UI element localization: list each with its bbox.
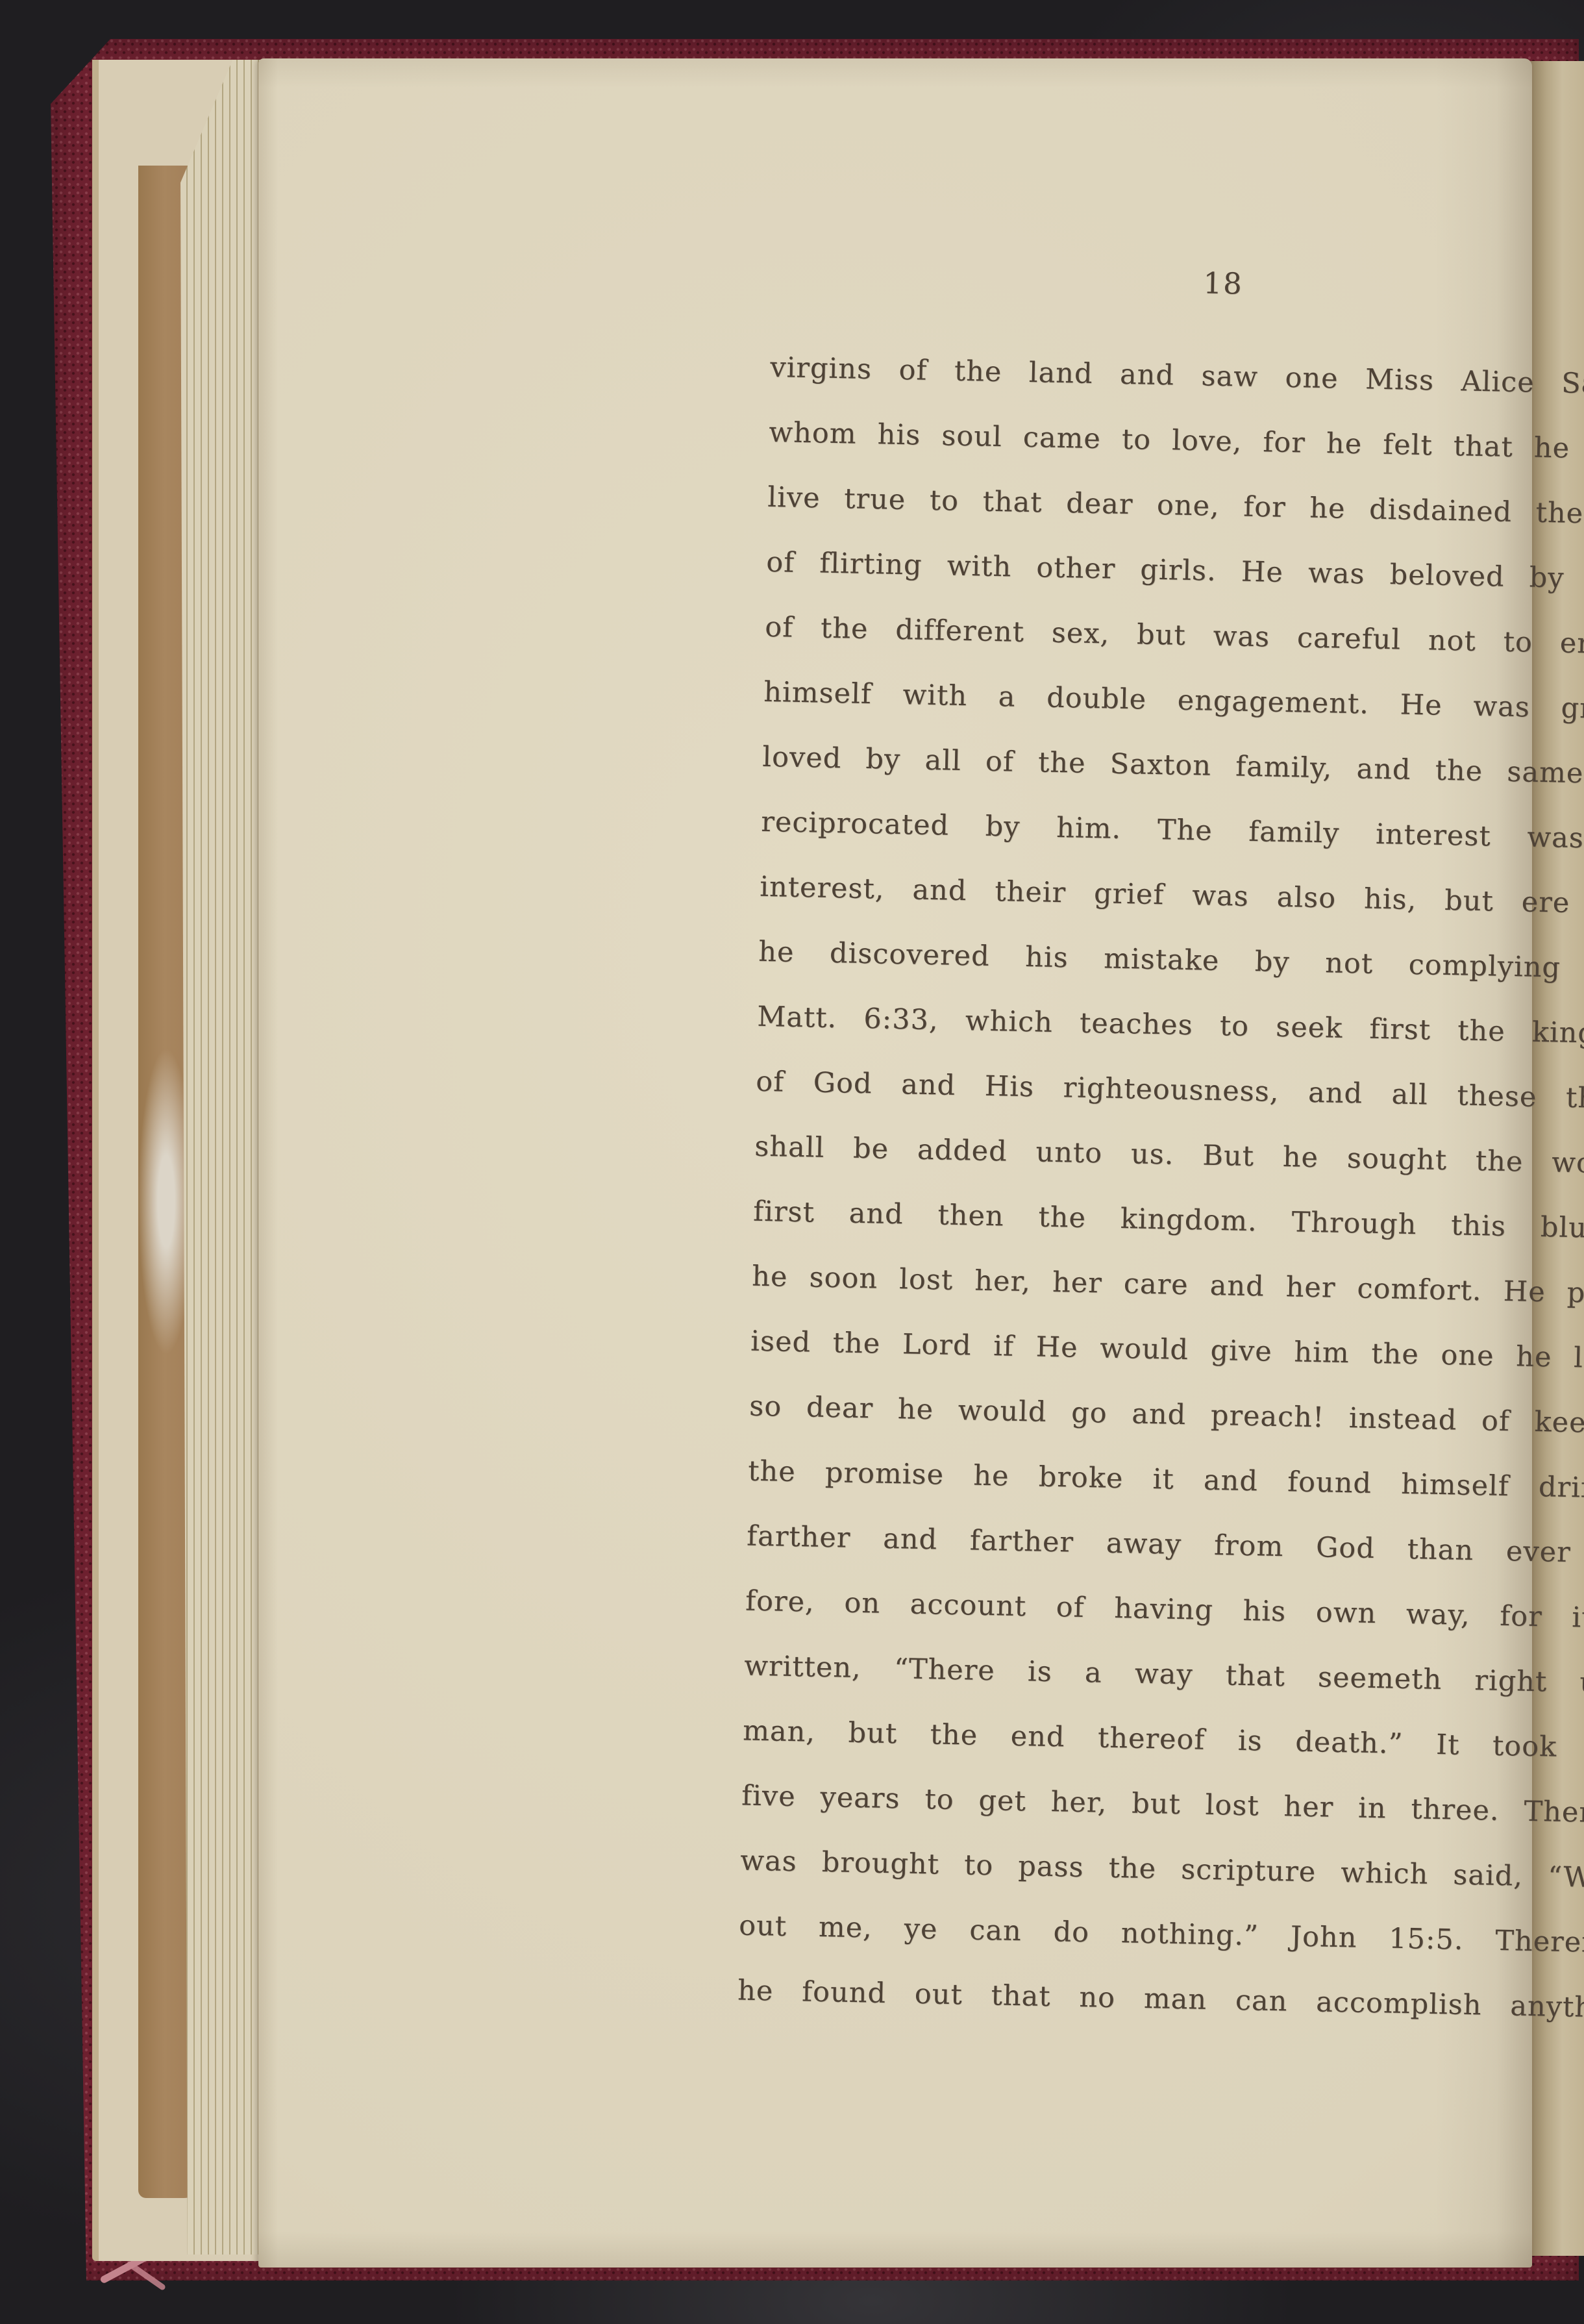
book-page: 18 virgins of the land and saw one Miss … bbox=[258, 58, 1532, 2268]
page-number: 18 bbox=[772, 252, 1584, 316]
body-text: virgins of the land and saw one Miss Ali… bbox=[737, 335, 1584, 2041]
book-photograph: 18 virgins of the land and saw one Miss … bbox=[0, 0, 1584, 2324]
page-text-block: 18 virgins of the land and saw one Miss … bbox=[737, 252, 1584, 2041]
page-edge-stack bbox=[180, 60, 267, 2255]
